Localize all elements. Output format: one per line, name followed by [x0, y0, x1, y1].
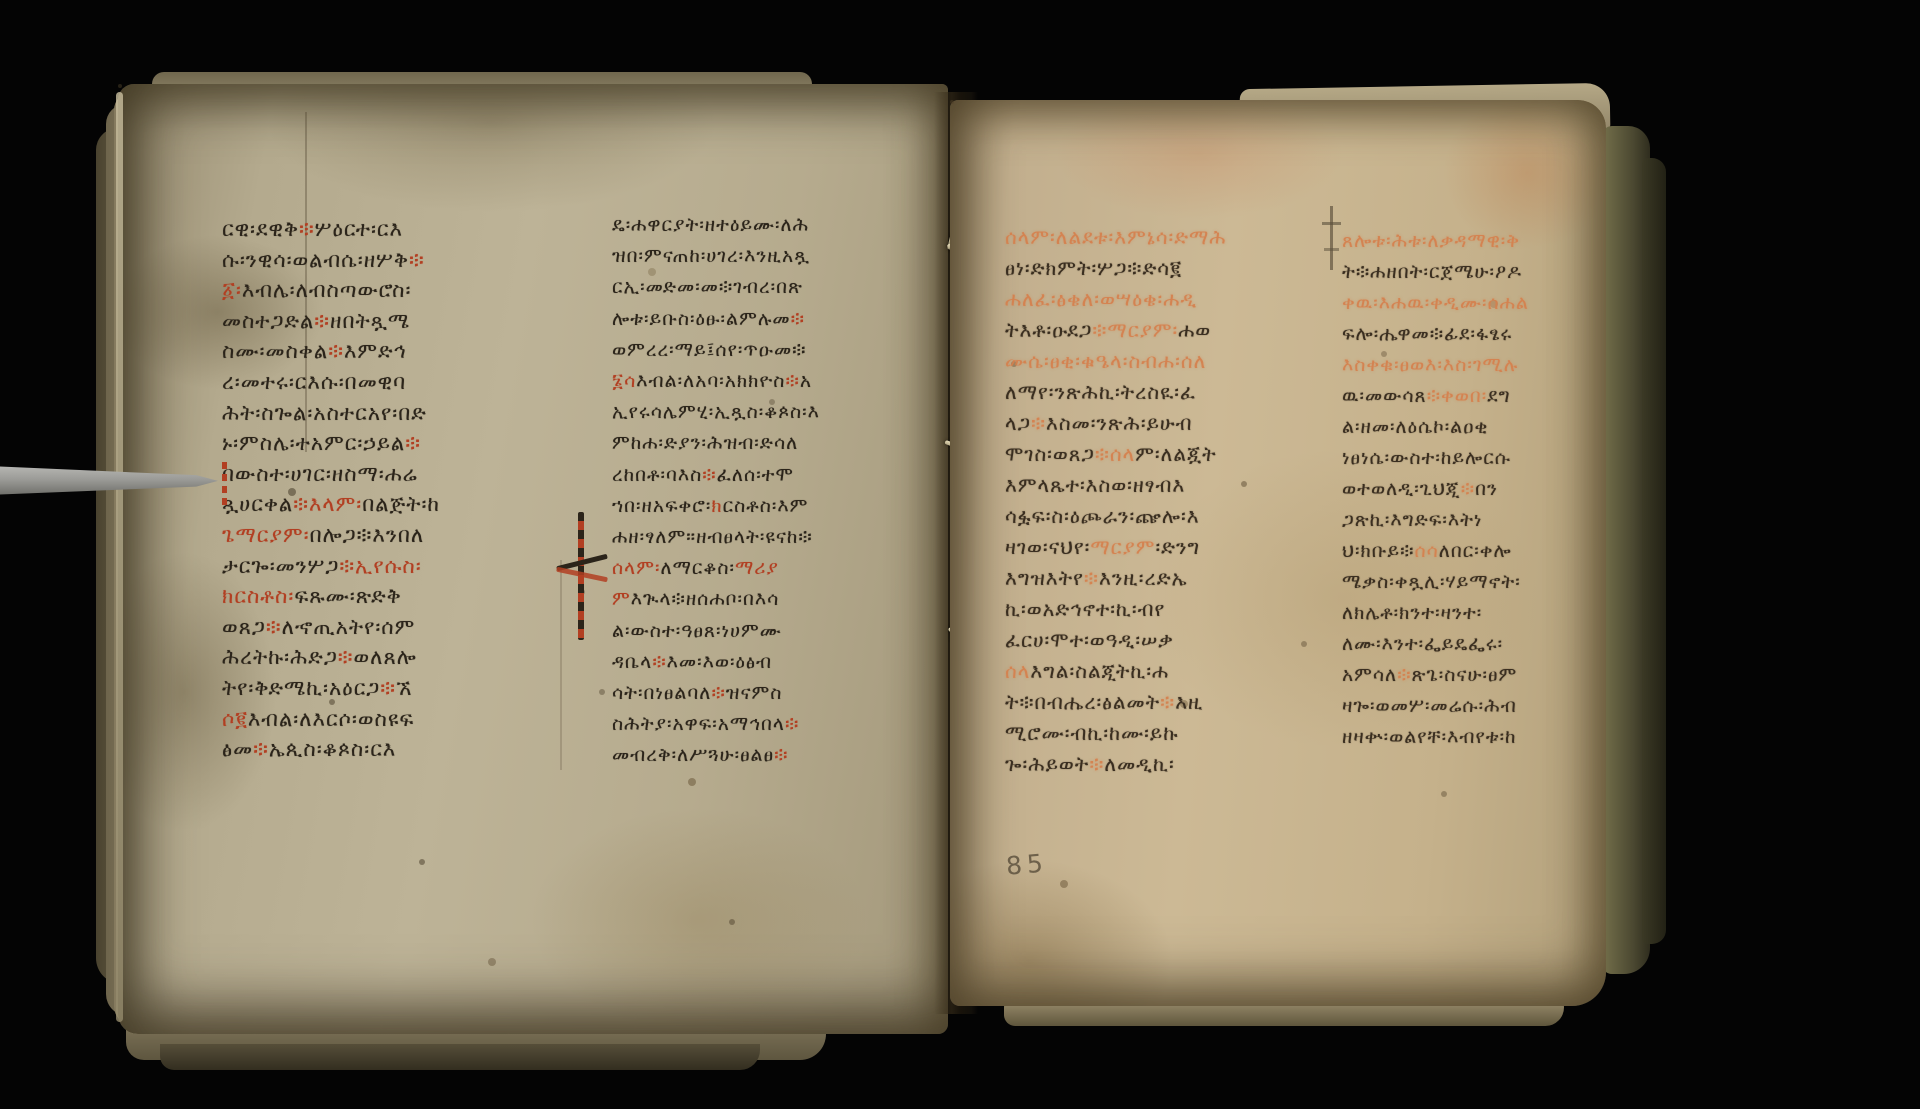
red-rubric-text: ፨ቀወበ፡	[1427, 385, 1488, 407]
red-rubric-text: ፨	[405, 431, 421, 455]
red-rubric-text: ፨	[791, 308, 805, 330]
text-line: ሳት፡በነፀልባለ፨ዝናምስ	[612, 678, 820, 709]
black-ink-text: ሚሮሙ፡ብኪ፡ከሙ፡ይኩ	[1005, 721, 1179, 745]
red-rubric-text: ፨እላም፡	[293, 492, 362, 516]
black-ink-text: ት፨ሐዘበት፡ርጀሜሁ፡ዖዶ	[1342, 261, 1522, 283]
black-ink-text: ርኢ፡መድመ፡መ፨ገብረ፡በጽ	[612, 276, 803, 298]
red-rubric-text: ማርያም	[1090, 535, 1155, 559]
black-ink-text: ርስቶስ፡እም	[723, 495, 809, 517]
black-ink-text: ዉ፡መውሳጸ	[1342, 385, 1427, 407]
text-line: ርዊ፡ደዊቅ፨ሦዕርተ፡ርእ	[222, 214, 440, 245]
text-line: ዉ፡መውሳጸ፨ቀወበ፡ደግ	[1342, 381, 1529, 412]
black-ink-text: ዝናምስ	[726, 682, 783, 704]
black-ink-text: እግዝእትየ	[1005, 566, 1084, 590]
red-rubric-text: ሰላ	[1005, 659, 1030, 683]
text-line: ጸሎቱ፡ሕቱ፡ለቃዳማዊ፡ቅ	[1342, 226, 1529, 257]
text-line: ሳፏፍ፡ስ፡ዕጮራን፡ጬሎ፡እ	[1005, 501, 1227, 532]
text-line: ክርስቶስ፡ፍጹሙ፡ጽድቅ	[222, 581, 440, 612]
text-line: ጋጽኪ፡እግድፍ፡እትነ	[1342, 505, 1529, 536]
black-ink-text: ደግ	[1487, 385, 1510, 407]
black-ink-text: እስመ፡ንጽሕ፡ይሁብ	[1046, 411, 1193, 435]
text-line: ሚሮሙ፡ብኪ፡ከሙ፡ይኩ	[1005, 718, 1227, 749]
black-ink-text: መስተጋድል	[222, 309, 314, 333]
red-rubric-text: ፨ሰላ	[1095, 442, 1135, 466]
black-ink-text: እብል፡ለእርሶ፡ወስዩፍ	[248, 707, 414, 731]
parchment-crease	[560, 560, 562, 770]
black-ink-text: ጿሀርቀል	[222, 492, 293, 516]
pencil-cross-bar	[1322, 222, 1341, 225]
black-ink-text: ለሙ፡እንተ፡ፌይዴፌሩ፡	[1342, 633, 1503, 655]
black-ink-text: ዘዛቍ፡ወልየቸ፡እብየቱ፡ከ	[1342, 726, 1517, 748]
black-ink-text: ስሙ፡መስቀል	[222, 339, 328, 363]
text-line: ሕት፡ስጐል፡አስተርአየ፡በድ	[222, 398, 440, 429]
black-ink-text: ሐዘ፡ፃለም።ዘብፀላት፡ዩናከ፨	[612, 526, 813, 548]
text-line: እምላጼተ፡እስወ፡ዘፃብእ	[1005, 470, 1227, 501]
red-rubric-text: ጌማርያም፡	[222, 523, 310, 547]
black-ink-text: አ	[800, 370, 812, 392]
left-page-column-1: ርዊ፡ደዊቅ፨ሦዕርተ፡ርእሱ፡ንዊሳ፡ወልብሴ፡ዘሦቅ፨፩፡እብሌ፡ለብስጣው…	[222, 214, 440, 765]
red-rubric-text: ክ	[711, 495, 722, 517]
black-ink-text: እንዚ፡ረድኤ	[1099, 566, 1188, 590]
text-line: ህ፡ክቡይ፨ሰሳለበር፡ቀሎ	[1342, 536, 1529, 567]
black-ink-text: ዛገወ፡ናህየ፡	[1005, 535, 1090, 559]
red-rubric-text: ፨	[253, 737, 269, 761]
black-ink-text: ሞገስ፡ወጸጋ	[1005, 442, 1095, 466]
text-line: ለሙ፡እንተ፡ፌይዴፌሩ፡	[1342, 629, 1529, 660]
black-ink-text: ትየ፡ቅድሜኪ፡አዕርጋ	[222, 676, 380, 700]
red-rubric-text: ፨	[1084, 566, 1099, 590]
pencil-cross-bar	[1324, 248, 1339, 251]
text-line: ፀነ፡ድክምት፡ሦጋ፨ድሳ፪	[1005, 253, 1227, 284]
text-line: ላጋ፨እስመ፡ንጽሕ፡ይሁብ	[1005, 408, 1227, 439]
black-ink-text: ል፡ውስተ፡ዓፀጸ፡ነሀምሙ	[612, 620, 782, 642]
text-line: ሞገስ፡ወጸጋ፨ሰላም፡ለልጇት	[1005, 439, 1227, 470]
red-rubric-text: ፨	[314, 309, 330, 333]
black-ink-text: ዘበትጿሜ	[330, 309, 410, 333]
text-line: ወጸጋ፨ለኆጢአትየ፡ሰም	[222, 612, 440, 643]
black-ink-text: ታርጐ፡መንሦጋ	[222, 554, 339, 578]
black-ink-text: ሐወ	[1178, 318, 1211, 342]
text-line: እስቀቁ፡ፀወእ፡እስ፡ገሚሉ	[1342, 350, 1529, 381]
red-rubric-text: ሶ፪	[222, 707, 248, 731]
text-line: ፍሎ፡ሔዋመ፨ፊደ፡ፋፄሩ	[1342, 319, 1529, 350]
text-line: ት፨ሐዘበት፡ርጀሜሁ፡ዖዶ	[1342, 257, 1529, 288]
text-line: ኑ፡ምስሌ፡ተአምር፡ኃይል፨	[222, 428, 440, 459]
red-rubric-text: ፮ሳ	[612, 370, 636, 392]
black-ink-text: ኀበ፡ዘአፍቀሮ፡	[612, 495, 711, 517]
black-ink-text: ለመዲኪ፡	[1104, 752, 1174, 776]
black-ink-text: አምሳለ	[1342, 664, 1397, 686]
red-rubric-text: ሰላም፡ለልደቱ፡እምኔሳ፡ድማሕ	[1005, 225, 1227, 249]
red-rubric-text: እስቀቁ፡ፀወእ፡እስ፡ገሚሉ	[1342, 354, 1518, 376]
red-rubric-text: ሙሴ፡ፀቂ፡ቁዔላ፡ስብሐ፡ሰለ	[1005, 349, 1206, 373]
black-ink-text: ት፨በብሔረ፡ፅልመት	[1005, 690, 1160, 714]
black-ink-text: ለማየ፡ንጽሕኪ፡ትረስዪ፡ፈ	[1005, 380, 1196, 404]
red-rubric-text: ፨ማርያም፡	[1092, 318, 1178, 342]
black-ink-text: እምድኅ	[344, 339, 407, 363]
red-rubric-text: ማሪያ	[735, 557, 779, 579]
text-line: ርኢ፡መድመ፡መ፨ገብረ፡በጽ	[612, 272, 820, 303]
black-ink-text: ፍሎ፡ሔዋመ፨ፊደ፡ፋፄሩ	[1342, 323, 1512, 345]
right-page-column-2: ጸሎቱ፡ሕቱ፡ለቃዳማዊ፡ቅት፨ሐዘበት፡ርጀሜሁ፡ዖዶቀዉ፡እሐዉ፡ቀዲሙ፡ሰ…	[1342, 226, 1529, 753]
black-ink-text: ዴ፡ሐዋርያት፡ዘተዕይሙ፡ለሕ	[612, 214, 809, 236]
black-ink-text: ፅመ	[222, 737, 253, 761]
black-ink-text: መብረቅ፡ለሥጓሁ፡ፀልፀ	[612, 744, 774, 766]
black-ink-text: ወጸጋ	[222, 615, 266, 639]
text-line: ዘዛቍ፡ወልየቸ፡እብየቱ፡ከ	[1342, 722, 1529, 753]
text-line: ኀበ፡ዘአፍቀሮ፡ክርስቶስ፡እም	[612, 491, 820, 522]
parchment-speckles	[118, 84, 122, 88]
red-rubric-text: ፨	[785, 713, 799, 735]
text-line: ሰላእግል፡ስልጂትኪ፡ሐ	[1005, 656, 1227, 687]
text-line: መብረቅ፡ለሥጓሁ፡ፀልፀ፨	[612, 740, 820, 771]
text-line: ታርጐ፡መንሦጋ፨ኢየሱስ፡	[222, 551, 440, 582]
black-ink-text: ለክሌቶ፡ክንተ፡ዛንተ፡	[1342, 602, 1482, 624]
black-ink-text: ሕት፡ስጐል፡አስተርአየ፡በድ	[222, 401, 427, 425]
text-line: ስሕትያ፡አዋፍ፡አማኅበላ፨	[612, 709, 820, 740]
text-line: ሱ፡ንዊሳ፡ወልብሴ፡ዘሦቅ፨	[222, 245, 440, 276]
black-ink-text: እግል፡ስልጂትኪ፡ሐ	[1030, 659, 1169, 683]
text-line: ሐዘ፡ፃለም።ዘብፀላት፡ዩናከ፨	[612, 522, 820, 553]
text-line: ዳቤላ፨እመ፡እወ፡ዕፅብ	[612, 647, 820, 678]
black-ink-text: ህ፡ክቡይ፨	[1342, 540, 1414, 562]
black-ink-text: በን	[1475, 478, 1498, 500]
black-ink-text: ኧ	[396, 676, 412, 700]
text-line: ምእጒላ፨ዘሰሐቦ፡በእሳ	[612, 584, 820, 615]
black-ink-text: ሱ፡ንዊሳ፡ወልብሴ፡ዘሦቅ	[222, 248, 409, 272]
text-line: ትእቶ፡ዑደጋ፨ማርያም፡ሐወ	[1005, 315, 1227, 346]
text-line: ሙሴ፡ፀቂ፡ቁዔላ፡ስብሐ፡ሰለ	[1005, 346, 1227, 377]
black-ink-text: ኤጲስ፡ቆጶስ፡ርእ	[269, 737, 396, 761]
black-ink-text: ሎቱ፡ይቡስ፡ዕፁ፡ልምሉመ	[612, 308, 791, 330]
black-ink-text: ፈለሰ፡ተሞ	[717, 464, 794, 486]
red-rubric-text: ፨	[1160, 690, 1175, 714]
black-ink-text: ጐ፡ሕይወት	[1005, 752, 1089, 776]
black-ink-text: ል፡ዘመ፡ለዕሴኮ፡ልዐቂ	[1342, 416, 1488, 438]
text-line: ሰላም፡ለማርቆስ፡ማሪያ	[612, 553, 820, 584]
black-ink-text: በሎጋ፨እንበለ	[310, 523, 425, 547]
text-line: ለማየ፡ንጽሕኪ፡ትረስዪ፡ፈ	[1005, 377, 1227, 408]
text-line: ምከሐ፡ድያን፡ሕዝብ፡ድሳለ	[612, 428, 820, 459]
text-line: ሶ፪እብል፡ለእርሶ፡ወስዩፍ	[222, 704, 440, 735]
text-line: ፅመ፨ኤጲስ፡ቆጶስ፡ርእ	[222, 734, 440, 765]
black-ink-text: እዚ	[1175, 690, 1203, 714]
text-line: መስተጋድል፨ዘበትጿሜ	[222, 306, 440, 337]
black-ink-text: ሕረትኩ፡ሕድጋ	[222, 645, 338, 669]
red-rubric-text: ፨	[1031, 411, 1046, 435]
manuscript-photograph: ርዊ፡ደዊቅ፨ሦዕርተ፡ርእሱ፡ንዊሳ፡ወልብሴ፡ዘሦቅ፨፩፡እብሌ፡ለብስጣው…	[0, 0, 1920, 1109]
text-line: ጐ፡ሕይወት፨ለመዲኪ፡	[1005, 749, 1227, 780]
black-ink-text: ሜቃስ፡ቀጿሊ፡ሃይማኖት፡	[1342, 571, 1521, 593]
black-ink-text: ዝበ፡ምናጠከ፡ሀገረ፡እንዚአጿ	[612, 245, 810, 267]
black-ink-text: ረ፡መተሩ፡ርእሱ፡በመዊባ	[222, 370, 406, 394]
black-ink-text: ኑ፡ምስሌ፡ተአምር፡ኃይል	[222, 431, 405, 455]
red-rubric-text: ሐለፈ፡ፅቄለ፡ወሣዕቄ፡ሐዲ	[1005, 287, 1197, 311]
black-ink-text: ሳት፡በነፀልባለ	[612, 682, 711, 704]
black-ink-text: ሦዕርተ፡ርእ	[315, 217, 403, 241]
text-line: ነፀነሴ፡ውስተ፡ከይሎርሱ	[1342, 443, 1529, 474]
red-rubric-text: ፨ኢየሱስ፡	[339, 554, 421, 578]
black-ink-text: ፀነ፡ድክምት፡ሦጋ፨ድሳ፪	[1005, 256, 1182, 280]
red-rubric-text: ጸሎቱ፡ሕቱ፡ለቃዳማዊ፡ቅ	[1342, 230, 1520, 252]
black-ink-text: እምላጼተ፡እስወ፡ዘፃብእ	[1005, 473, 1185, 497]
red-rubric-text: ፨	[774, 744, 788, 766]
red-margin-mark	[222, 462, 227, 508]
black-ink-text: ፈርሀ፡ሞተ፡ወዓዲ፡ሠቃ	[1005, 628, 1174, 652]
text-line: ቀዉ፡እሐዉ፡ቀዲሙ፡ሰሐል	[1342, 288, 1529, 319]
red-rubric-text: ፨	[328, 339, 344, 363]
text-line: ረከበቶ፡ባእስ፨ፈለሰ፡ተሞ	[612, 460, 820, 491]
red-rubric-text: ፨	[338, 645, 354, 669]
text-line: ዛጐ፡ወመሦ፡መሬሱ፡ሕብ	[1342, 691, 1529, 722]
black-ink-text: ረከበቶ፡ባእስ	[612, 464, 702, 486]
red-rubric-text: ፨	[785, 370, 799, 392]
text-line: ሕረትኩ፡ሕድጋ፨ወለጸሎ	[222, 642, 440, 673]
red-rubric-text: ፨	[380, 676, 396, 700]
black-ink-text: እብሌ፡ለብስጣውሮስ፡	[242, 278, 412, 302]
black-ink-text: እመ፡እወ፡ዕፅብ	[667, 651, 772, 673]
red-rubric-text: ም	[612, 588, 631, 610]
red-rubric-text: ፨	[1397, 664, 1411, 686]
red-rubric-text: ፩፡	[222, 278, 242, 302]
black-ink-text: ላጋ	[1005, 411, 1031, 435]
text-line: ት፨በብሔረ፡ፅልመት፨እዚ	[1005, 687, 1227, 718]
text-line: እግዝእትየ፨እንዚ፡ረድኤ	[1005, 563, 1227, 594]
book-cover-edge	[1642, 158, 1666, 944]
text-line: ረ፡መተሩ፡ርእሱ፡በመዊባ	[222, 367, 440, 398]
text-line: ሐለፈ፡ፅቄለ፡ወሣዕቄ፡ሐዲ	[1005, 284, 1227, 315]
black-ink-text: ፡ድንግ	[1155, 535, 1200, 559]
black-ink-text: ዛጐ፡ወመሦ፡መሬሱ፡ሕብ	[1342, 695, 1517, 717]
black-ink-text: ለበር፡ቀሎ	[1439, 540, 1512, 562]
red-rubric-text: ፨	[1089, 752, 1104, 776]
red-rubric-text: ፨	[1461, 478, 1475, 500]
pencil-cross-mark	[1330, 206, 1333, 270]
black-ink-text: ለማርቆስ፡	[660, 557, 735, 579]
red-rubric-text: ፨	[409, 248, 425, 272]
red-rubric-text: ሰሳ	[1414, 540, 1438, 562]
black-ink-text: ስሕትያ፡አዋፍ፡አማኅበላ	[612, 713, 785, 735]
black-ink-text: እጒላ፨ዘሰሐቦ፡በእሳ	[631, 588, 780, 610]
red-rubric-text: ፨	[266, 615, 282, 639]
red-rubric-text: ሰላም፡	[612, 557, 660, 579]
text-line: ዴ፡ሐዋርያት፡ዘተዕይሙ፡ለሕ	[612, 210, 820, 241]
text-line: ፩፡እብሌ፡ለብስጣውሮስ፡	[222, 275, 440, 306]
text-line: ፮ሳእብል፡ለአባ፡አክክዮስ፨አ	[612, 366, 820, 397]
black-ink-text: ወተወለዲ፡ጊህጂ	[1342, 478, 1461, 500]
folio-number-pencil: 85	[1005, 848, 1049, 881]
text-line: ጌማርያም፡በሎጋ፨እንበለ	[222, 520, 440, 551]
text-line: ለክሌቶ፡ክንተ፡ዛንተ፡	[1342, 598, 1529, 629]
red-rubric-text: ፨	[299, 217, 315, 241]
text-line: ትየ፡ቅድሜኪ፡አዕርጋ፨ኧ	[222, 673, 440, 704]
black-ink-text: ዳቤላ	[612, 651, 652, 673]
text-line: ል፡ውስተ፡ዓፀጸ፡ነሀምሙ	[612, 616, 820, 647]
red-rubric-text: ፨	[702, 464, 716, 486]
text-line: ጿሀርቀል፨እላም፡በልጅት፡ከ	[222, 489, 440, 520]
text-line: አምሳለ፨ጽጌ፡ስናሁ፡ፀም	[1342, 660, 1529, 691]
text-line: ኪ፡ወአድኅኖተ፡ኪ፡ብየ	[1005, 594, 1227, 625]
text-line: ሰላም፡ለልደቱ፡እምኔሳ፡ድማሕ	[1005, 222, 1227, 253]
text-line: ዝበ፡ምናጠከ፡ሀገረ፡እንዚአጿ	[612, 241, 820, 272]
text-line: ወተወለዲ፡ጊህጂ፨በን	[1342, 474, 1529, 505]
page-stack-edge-bottom	[160, 1044, 760, 1070]
text-line: ስሙ፡መስቀል፨እምድኅ	[222, 336, 440, 367]
black-ink-text: ም፡ለልጇት	[1135, 442, 1216, 466]
black-ink-text: ፍጹሙ፡ጽድቅ	[294, 584, 401, 608]
black-ink-text: ትእቶ፡ዑደጋ	[1005, 318, 1092, 342]
black-ink-text: ወለጸሎ	[354, 645, 417, 669]
black-ink-text: በውስተ፡ሀገር፡ዘስማ፡ሐሬ	[222, 462, 418, 486]
black-ink-text: እብል፡ለአባ፡አክክዮስ	[636, 370, 785, 392]
text-line: ዛገወ፡ናህየ፡ማርያም፡ድንግ	[1005, 532, 1227, 563]
black-ink-text: ለኆጢአትየ፡ሰም	[282, 615, 416, 639]
red-rubric-text: ፨	[652, 651, 666, 673]
black-ink-text: ሳፏፍ፡ስ፡ዕጮራን፡ጬሎ፡እ	[1005, 504, 1200, 528]
text-line: ፈርሀ፡ሞተ፡ወዓዲ፡ሠቃ	[1005, 625, 1227, 656]
red-rubric-text: ፨	[711, 682, 725, 704]
text-line: ሎቱ፡ይቡስ፡ዕፁ፡ልምሉመ፨	[612, 304, 820, 335]
black-ink-text: ነፀነሴ፡ውስተ፡ከይሎርሱ	[1342, 447, 1511, 469]
parchment-speckles	[950, 100, 954, 104]
text-line: ወምረረ፡ማይ፤ሰየ፡ጥዑመ፨	[612, 335, 820, 366]
text-line: ል፡ዘመ፡ለዕሴኮ፡ልዐቂ	[1342, 412, 1529, 443]
left-page-column-2: ዴ፡ሐዋርያት፡ዘተዕይሙ፡ለሕዝበ፡ምናጠከ፡ሀገረ፡እንዚአጿርኢ፡መድመ፡…	[612, 210, 820, 772]
text-line: ሜቃስ፡ቀጿሊ፡ሃይማኖት፡	[1342, 567, 1529, 598]
left-page-edge-highlight	[116, 92, 123, 1022]
black-ink-text: ወምረረ፡ማይ፤ሰየ፡ጥዑመ፨	[612, 339, 806, 361]
right-page-column-1: ሰላም፡ለልደቱ፡እምኔሳ፡ድማሕፀነ፡ድክምት፡ሦጋ፨ድሳ፪ሐለፈ፡ፅቄለ፡ወ…	[1005, 222, 1227, 780]
black-ink-text: ጋጽኪ፡እግድፍ፡እትነ	[1342, 509, 1482, 531]
text-line: በውስተ፡ሀገር፡ዘስማ፡ሐሬ	[222, 459, 440, 490]
black-ink-text: ኢየሩሳሌምሂ፡ኢጿስ፡ቆጶስ፡እ	[612, 401, 820, 423]
red-rubric-text: ቀዉ፡እሐዉ፡ቀዲሙ፡ሰሐል	[1342, 292, 1529, 314]
black-ink-text: ኪ፡ወአድኅኖተ፡ኪ፡ብየ	[1005, 597, 1165, 621]
black-ink-text: በልጅት፡ከ	[362, 492, 440, 516]
text-line: ኢየሩሳሌምሂ፡ኢጿስ፡ቆጶስ፡እ	[612, 397, 820, 428]
black-ink-text: ጽጌ፡ስናሁ፡ፀም	[1412, 664, 1518, 686]
black-ink-text: ምከሐ፡ድያን፡ሕዝብ፡ድሳለ	[612, 432, 798, 454]
black-ink-text: ርዊ፡ደዊቅ	[222, 217, 299, 241]
red-rubric-text: ክርስቶስ፡	[222, 584, 294, 608]
